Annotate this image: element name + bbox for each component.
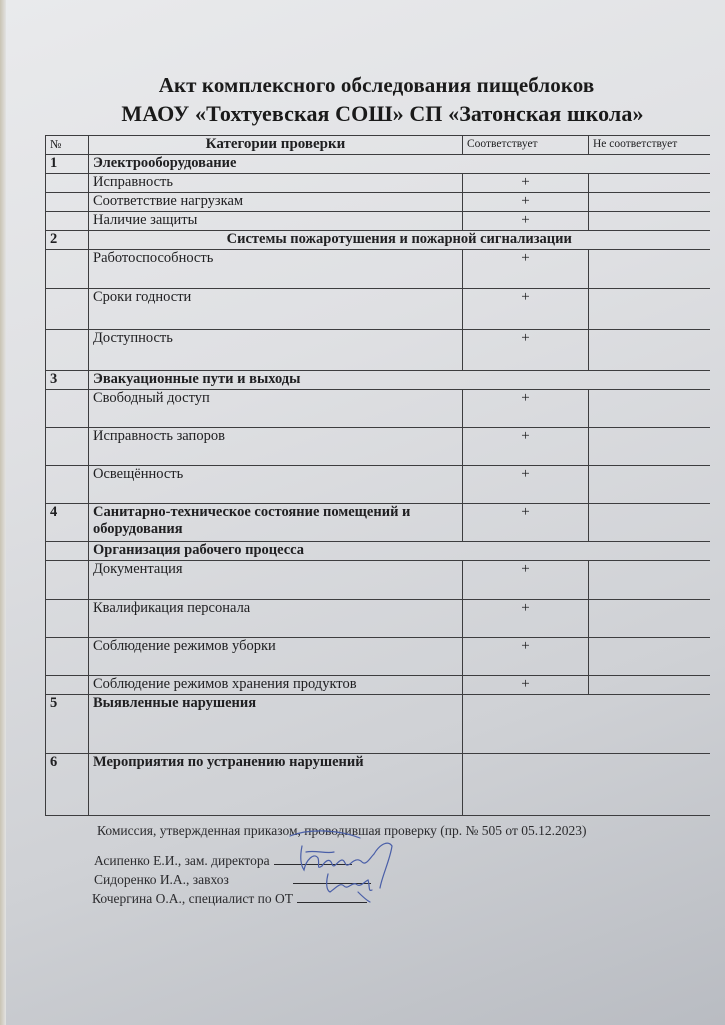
signatory-name: Сидоренко И.А., завхоз — [94, 872, 229, 887]
row-label: Квалификация персонала — [89, 600, 463, 638]
signatory-name: Асипенко Е.И., зам. директора — [94, 853, 270, 868]
not-complies-mark — [589, 330, 710, 371]
not-complies-mark — [589, 390, 710, 428]
not-complies-mark — [589, 289, 710, 330]
row-num — [46, 638, 89, 676]
row-num — [46, 390, 89, 428]
table-row: Наличие защиты + — [46, 212, 710, 231]
row-num — [46, 600, 89, 638]
complies-mark: + — [463, 428, 589, 466]
row-label: Работоспособность — [89, 250, 463, 289]
section-row: 2 Системы пожаротушения и пожарной сигна… — [46, 231, 710, 250]
section-row: Организация рабочего процесса — [46, 542, 710, 561]
row-num — [46, 289, 89, 330]
complies-mark: + — [463, 250, 589, 289]
table-row: Исправность + — [46, 174, 710, 193]
row-label: Соблюдение режимов хранения продуктов — [89, 676, 463, 695]
not-complies-mark — [589, 212, 710, 231]
section-row: 4 Санитарно-техническое состояние помеще… — [46, 504, 710, 542]
row-num — [46, 466, 89, 504]
section-title: Эвакуационные пути и выходы — [89, 371, 710, 390]
complies-mark: + — [463, 330, 589, 371]
complies-mark: + — [463, 676, 589, 695]
section-num — [46, 542, 89, 561]
complies-mark: + — [463, 390, 589, 428]
row-num — [46, 561, 89, 600]
complies-mark: + — [463, 561, 589, 600]
section-num: 2 — [46, 231, 89, 250]
row-label: Свободный доступ — [89, 390, 463, 428]
not-complies-mark — [589, 600, 710, 638]
row-num — [46, 212, 89, 231]
measures-value — [463, 754, 710, 816]
section-title: Электрооборудование — [89, 155, 710, 174]
not-complies-mark — [589, 174, 710, 193]
paper-edge — [0, 0, 6, 1025]
section-num: 3 — [46, 371, 89, 390]
section-title: Системы пожаротушения и пожарной сигнали… — [89, 231, 710, 250]
table-row: Исправность запоров + — [46, 428, 710, 466]
section-row: 1 Электрооборудование — [46, 155, 710, 174]
row-label: Соблюдение режимов уборки — [89, 638, 463, 676]
not-complies-mark — [589, 428, 710, 466]
row-label: Документация — [89, 561, 463, 600]
row-label: Доступность — [89, 330, 463, 371]
row-num — [46, 193, 89, 212]
row-label: Соответствие нагрузкам — [89, 193, 463, 212]
table-row: Работоспособность + — [46, 250, 710, 289]
section-title: Выявленные нарушения — [89, 695, 463, 754]
section-row: 3 Эвакуационные пути и выходы — [46, 371, 710, 390]
section-title: Организация рабочего процесса — [89, 542, 710, 561]
complies-mark: + — [463, 600, 589, 638]
table-row: Соблюдение режимов хранения продуктов + — [46, 676, 710, 695]
header-complies: Соответствует — [463, 136, 589, 155]
row-label: Освещённость — [89, 466, 463, 504]
row-label: Наличие защиты — [89, 212, 463, 231]
document-subtitle: МАОУ «Тохтуевская СОШ» СП «Затонская шко… — [20, 101, 725, 127]
inspection-table: № Категории проверки Соответствует Не со… — [45, 135, 710, 816]
header-category: Категории проверки — [89, 136, 463, 155]
complies-mark: + — [463, 638, 589, 676]
row-label: Сроки годности — [89, 289, 463, 330]
row-num — [46, 330, 89, 371]
section-num: 1 — [46, 155, 89, 174]
not-complies-mark — [589, 638, 710, 676]
not-complies-mark — [589, 504, 710, 542]
section-num: 4 — [46, 504, 89, 542]
not-complies-mark — [589, 561, 710, 600]
signatory-name: Кочергина О.А., специалист по ОТ — [92, 891, 293, 906]
section-title: Мероприятия по устранению нарушений — [89, 754, 463, 816]
row-label: Исправность — [89, 174, 463, 193]
document-title: Акт комплексного обследования пищеблоков — [14, 73, 725, 98]
table-row: Соблюдение режимов уборки + — [46, 638, 710, 676]
table-row: Документация + — [46, 561, 710, 600]
not-complies-mark — [589, 250, 710, 289]
row-num — [46, 174, 89, 193]
row-num — [46, 250, 89, 289]
row-num — [46, 428, 89, 466]
section-num: 6 — [46, 754, 89, 816]
table-header-row: № Категории проверки Соответствует Не со… — [46, 136, 710, 155]
table-row: Квалификация персонала + — [46, 600, 710, 638]
complies-mark: + — [463, 212, 589, 231]
complies-mark: + — [463, 289, 589, 330]
complies-mark: + — [463, 174, 589, 193]
not-complies-mark — [589, 193, 710, 212]
not-complies-mark — [589, 466, 710, 504]
section-row: 6 Мероприятия по устранению нарушений — [46, 754, 710, 816]
table-row: Свободный доступ + — [46, 390, 710, 428]
table-row: Освещённость + — [46, 466, 710, 504]
header-not-complies: Не соответствует — [589, 136, 710, 155]
violations-value — [463, 695, 710, 754]
header-num: № — [46, 136, 89, 155]
section-num: 5 — [46, 695, 89, 754]
row-num — [46, 676, 89, 695]
complies-mark: + — [463, 193, 589, 212]
complies-mark: + — [463, 466, 589, 504]
section-title: Санитарно-техническое состояние помещени… — [89, 504, 463, 542]
row-label: Исправность запоров — [89, 428, 463, 466]
section-row: 5 Выявленные нарушения — [46, 695, 710, 754]
table-row: Соответствие нагрузкам + — [46, 193, 710, 212]
not-complies-mark — [589, 676, 710, 695]
table-row: Доступность + — [46, 330, 710, 371]
complies-mark: + — [463, 504, 589, 542]
handwritten-signatures-icon — [270, 830, 430, 910]
table-row: Сроки годности + — [46, 289, 710, 330]
